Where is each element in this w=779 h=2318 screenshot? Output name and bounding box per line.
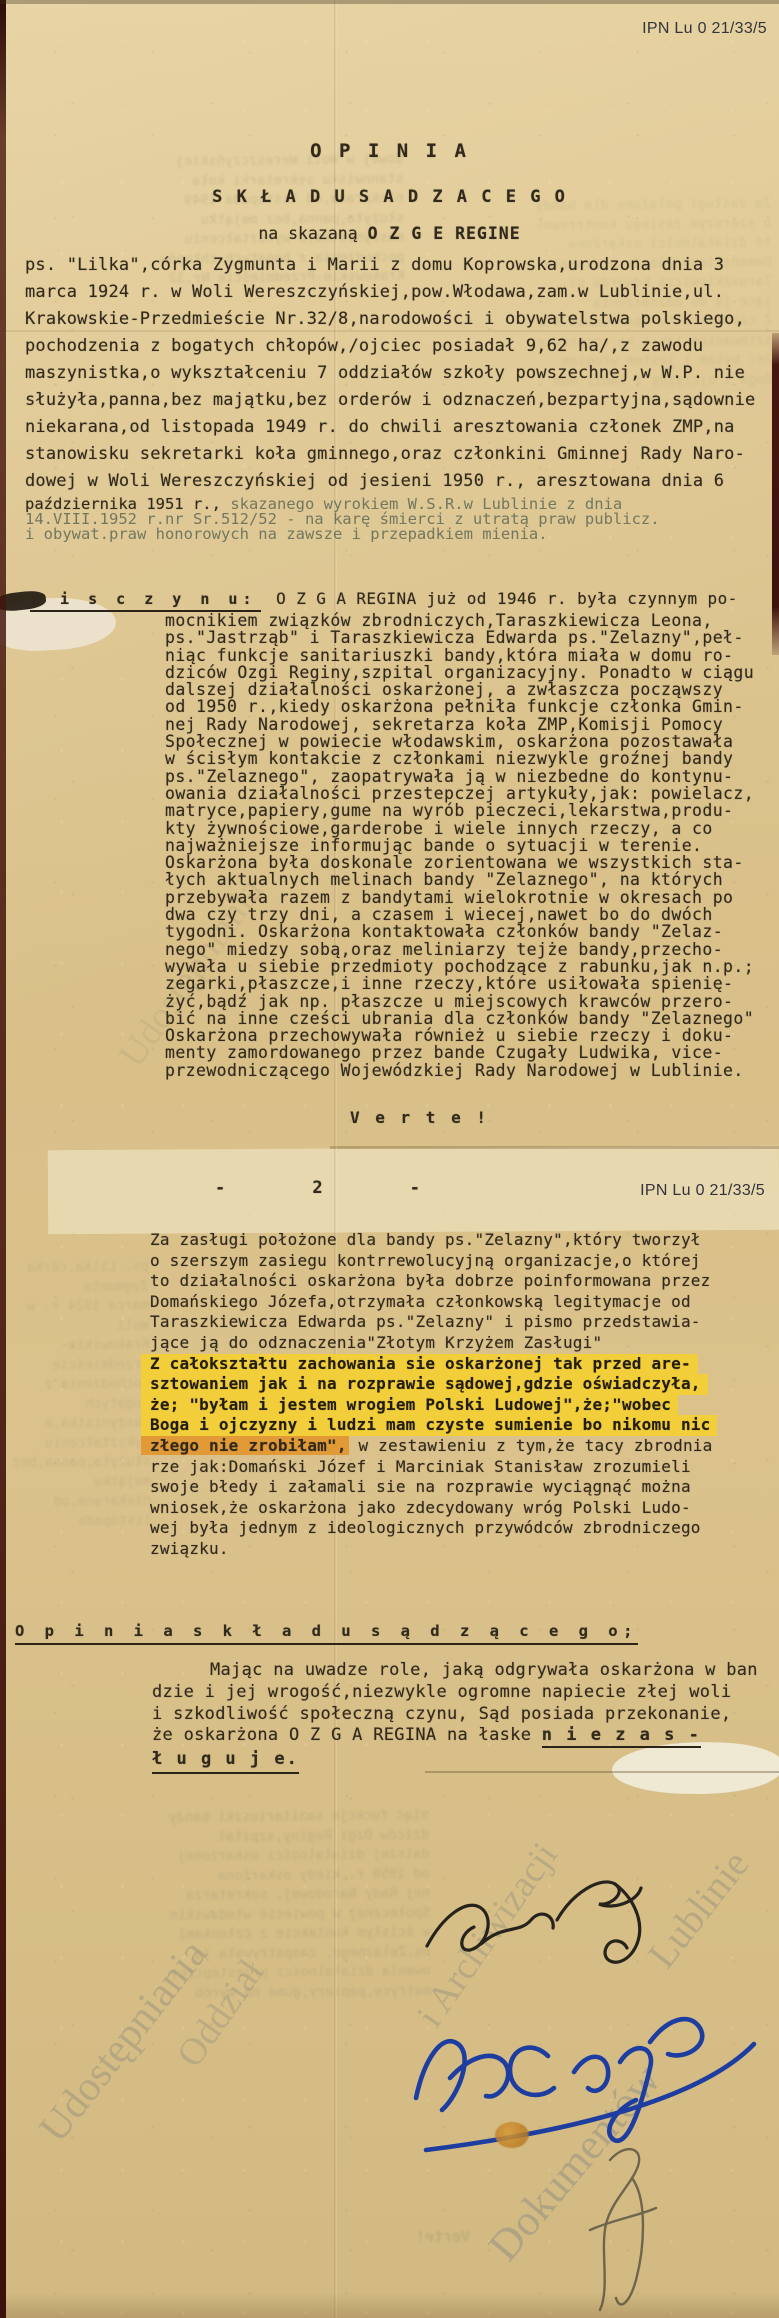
watermark-text: Oddział xyxy=(168,1951,273,2075)
sentence-faint-lines: 14.VIII.1952 r.nr Sr.512/52 - na karę śm… xyxy=(25,512,773,542)
verdict-underlined-2: ł u g u j e. xyxy=(152,1749,299,1774)
document-title: O P I N I A xyxy=(0,140,779,162)
signature-judge-1 xyxy=(415,1848,660,1998)
highlighted-line: że; "byłam i jestem wrogiem Polski Ludow… xyxy=(141,1395,678,1416)
opis-czynu-lead: O Z G A REGINA już od 1946 r. była czynn… xyxy=(276,589,738,608)
opis-czynu-heading: p i s c z y n u: xyxy=(30,590,261,612)
subject-name: O Z G E REGINE xyxy=(368,224,521,243)
opis-czynu-body: mocnikiem związków zbrodniczych,Taraszki… xyxy=(165,612,765,1079)
verdict-line: że oskarżona O Z G A REGINA na łaske n i… xyxy=(152,1725,767,1747)
orange-highlighted-text: złego nie zrobiłam", xyxy=(141,1436,349,1455)
page2-paragraph: Za zasługi położone dla bandy ps."Zelazn… xyxy=(150,1230,765,1560)
opinion-heading: O p i n i a s k ł a d u s ą d z ą c e g … xyxy=(15,1622,638,1645)
page-number: - 2 - xyxy=(215,1178,420,1198)
opinion-text: Mając na uwadze role, jaką odgrywała osk… xyxy=(152,1660,767,1725)
highlighted-line: Boga i ojczyzny i ludzi mam czyste sumie… xyxy=(141,1415,717,1436)
scan-edge-bottom xyxy=(0,2292,779,2318)
opis-czynu-row: p i s c z y n u: O Z G A REGINA już od 1… xyxy=(30,589,770,608)
scanned-document: dowej w Woli Wereszczyńskiej stanowisku … xyxy=(0,0,779,2318)
highlighted-line: sztowaniem jak i na rozprawie sądowej,gd… xyxy=(141,1374,708,1395)
opinion-paragraph: Mając na uwadze role, jaką odgrywała osk… xyxy=(152,1660,767,1774)
signature-judge-3 xyxy=(552,2138,680,2314)
scan-edge-top xyxy=(0,0,779,4)
page2-paragraph-top: Za zasługi położone dla bandy ps."Zelazn… xyxy=(150,1230,765,1354)
bleed-through-verte: Verte! xyxy=(330,2227,470,2248)
watermark-text: Udostępniania xyxy=(30,1931,217,2152)
subject-line: na skazaną O Z G E REGINE xyxy=(0,224,779,243)
archive-reference-stamp: IPN Lu 0 21/33/5 xyxy=(642,20,767,38)
verdict-prefix: że oskarżona O Z G A REGINA na łaske xyxy=(152,1725,542,1745)
page2-paragraph-rest: rze jak:Domański Józef i Marciniak Stani… xyxy=(150,1457,765,1560)
highlighted-line-partial: złego nie zrobiłam", w zestawieniu z tym… xyxy=(150,1436,765,1457)
scan-edge-right xyxy=(772,333,779,655)
after-highlight-text: w zestawieniu z tym,że tacy zbrodnia xyxy=(349,1436,713,1455)
bleed-through-text: ps. Lilka,córka Zygmunta marca 1924 r. w… xyxy=(0,1257,151,1532)
intro-paragraph: ps. "Lilka",córka Zygmunta i Marii z dom… xyxy=(25,252,773,495)
bleed-through-text: niąc funkcje sanitariuszki bandy dziców … xyxy=(0,1806,431,2005)
document-subtitle: S K Ł A D U S A D Z A C E G O xyxy=(0,187,779,207)
page-number-dash: - xyxy=(410,1178,420,1198)
verte-note: V e r t e ! xyxy=(350,1108,489,1127)
signature-judge-2 xyxy=(398,2000,766,2158)
page-number-dash: - xyxy=(215,1178,225,1198)
sentence-lines: października 1951 r., skazanego wyrokiem… xyxy=(25,497,773,542)
verdict-line-2: ł u g u j e. xyxy=(152,1747,767,1774)
subject-prefix: na skazaną xyxy=(258,224,357,243)
ink-blot xyxy=(495,2122,529,2148)
archive-reference-stamp: IPN Lu 0 21/33/5 xyxy=(640,1182,765,1200)
verdict-underlined: n i e z a s - xyxy=(542,1725,701,1748)
page-edge-shadow xyxy=(330,1146,779,1149)
scan-edge-left xyxy=(0,0,6,2318)
highlighted-line: Z całokształtu zachowania sie oskarżonej… xyxy=(141,1354,698,1375)
page-number-value: 2 xyxy=(312,1178,322,1198)
